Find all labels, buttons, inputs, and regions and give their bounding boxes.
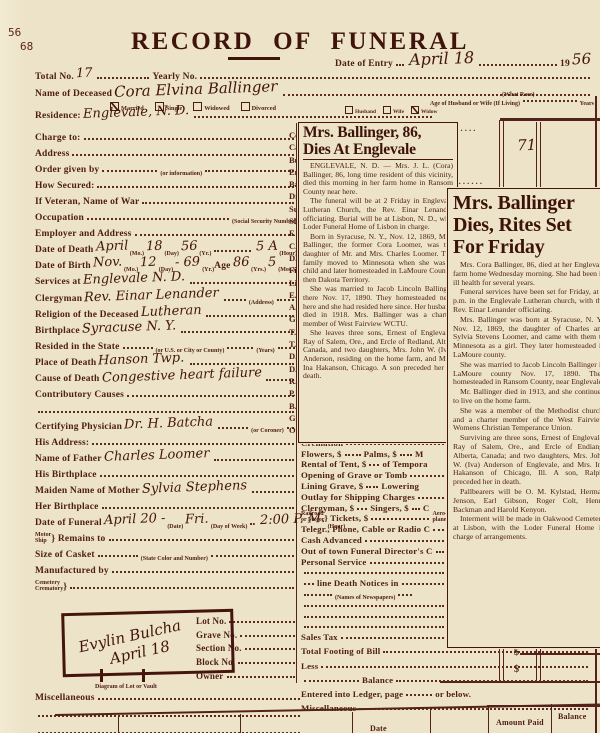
field-label: Place of Death (35, 358, 96, 368)
page-edge-shading (0, 0, 26, 733)
dotted-leader (238, 662, 295, 664)
dotted-leader (102, 507, 294, 509)
dotted-leader (418, 497, 444, 499)
dotted-leader (304, 583, 314, 585)
clipping-paragraph: Interment will be made in Oakwood Cemete… (453, 515, 600, 541)
form-row: If Veteran, Name of War (35, 191, 297, 207)
dotted-leader (70, 587, 294, 589)
form-row: Lining Grave, $Lowering (301, 480, 447, 491)
form-row: CemeteryCrematory} (35, 576, 297, 592)
form-row: Her Birthplace (35, 496, 297, 512)
field-label: If Veteran, Name of War (35, 197, 139, 207)
field-label: Order given by (35, 165, 99, 175)
field-label: Balance (362, 675, 393, 685)
dotted-leader (370, 562, 445, 564)
dotted-leader (97, 77, 149, 79)
form-row: Age of Husband or Wife (If Living)Years (430, 99, 594, 105)
form-row: Cash Advanced (301, 534, 447, 545)
table-column-line (551, 704, 552, 733)
stacked-label: MotorShip (35, 532, 51, 544)
dotted-leader (224, 299, 246, 301)
field-label: Her Birthplace (35, 502, 99, 512)
dotted-leader (304, 680, 359, 682)
left-form-fields: Charge to:AddressOrder given by(or infor… (35, 127, 297, 592)
clipping-paragraph: ENGLEVALE, N. D. — Mrs. J. L. (Cora) Bal… (303, 162, 453, 196)
form-row: MotorShip} Remains to (35, 528, 297, 544)
clipping-paragraph: Born in Syracuse, N. Y., Nov. 12, 1869, … (303, 233, 453, 285)
form-row: Resided in the State(or U.S. or City or … (35, 336, 297, 352)
dotted-leader (227, 347, 253, 349)
field-label: } Tickets, $ (324, 513, 368, 523)
dotted-leader (84, 138, 294, 140)
clipping-paragraph: Mr. Ballinger died in 1913, and she cont… (453, 388, 600, 406)
handwritten-value: 12 (138, 255, 159, 271)
table-column-line (352, 712, 353, 733)
field-label: Less (301, 661, 318, 671)
dotted-leader (205, 170, 294, 172)
dotted-leader (365, 540, 444, 542)
field-label: Date of Funeral (35, 518, 102, 528)
page-title: RECORD OF FUNERAL (0, 28, 600, 56)
dotted-leader (38, 715, 300, 717)
field-label: Address (35, 149, 69, 159)
dotted-leader (396, 64, 404, 66)
dotted-leader (304, 572, 444, 574)
field-label: His Address: (35, 438, 89, 448)
handwritten-value: 5 A (253, 239, 279, 255)
clipping1-headline-line1: Mrs. Ballinger, 86, (303, 125, 453, 142)
form-row: line Death Notices in (301, 577, 447, 588)
dotted-leader (396, 680, 588, 682)
handwritten-amount: 71 (515, 116, 600, 155)
dotted-leader (406, 694, 432, 696)
field-label: Lining Grave, $ (301, 481, 363, 491)
form-row (35, 400, 297, 416)
clipping2-headline: Mrs. Ballinger Dies, Rites Set For Frida… (453, 192, 600, 258)
field-label: Residence: (35, 111, 81, 121)
clipping-paragraph: Pallbearers will be O. M. Kylstad, Herma… (453, 488, 600, 514)
handwritten-value: April (93, 239, 130, 255)
handwritten-value: Syracuse N. Y. (80, 318, 179, 336)
dotted-leader (523, 100, 577, 102)
dotted-leader (433, 529, 444, 531)
field-label: Personal Service (301, 557, 367, 567)
form-row: Miscellaneous (35, 686, 303, 703)
dollar-sign: $ (514, 647, 519, 658)
diagram-handwriting: Evylin Bulcha April 18 (77, 606, 233, 674)
table-header-balance: Balance (558, 712, 587, 721)
obituary-clipping-2: Mrs. Ballinger Dies, Rites Set For Frida… (447, 188, 600, 648)
dotted-leader (357, 508, 367, 510)
handwritten-value: 86 (230, 255, 251, 271)
form-row: Contributory Causes (35, 384, 297, 400)
dotted-leader (383, 651, 588, 653)
handwritten-value: Fri. (183, 512, 211, 528)
table-column-line (430, 710, 431, 733)
form-row: Services atEnglevale N. D. (35, 271, 297, 287)
field-label: Birthplace (35, 326, 80, 336)
form-row: ClergymanRev. Einar Lenander(Address) (35, 287, 297, 303)
dotted-leader (181, 331, 294, 333)
clipping-paragraph: She leaves three sons, Ernest of Engleva… (303, 329, 453, 381)
dotted-leader (127, 395, 294, 397)
dotted-leader (304, 616, 444, 618)
field-label: or below. (435, 689, 471, 699)
heavy-rule (500, 118, 600, 121)
clipping-paragraph: Mrs. Cora Ballinger, 86, died at her Eng… (453, 261, 600, 287)
dotted-leader (410, 475, 444, 477)
handwritten-value: 18 (144, 239, 165, 255)
field-label: Telegr., Phone, Cable or Radio C (301, 524, 430, 534)
field-label: Lowering (381, 481, 419, 491)
dotted-leader (100, 475, 294, 477)
dotted-leader (321, 666, 588, 668)
table-header-date: Date (370, 724, 387, 733)
sub-label: Age of Husband or Wife (If Living) (430, 101, 520, 107)
field-label: Maiden Name of Mother (35, 486, 140, 496)
dotted-leader (283, 94, 590, 96)
form-row: Outlay for Shipping Charges (301, 491, 447, 502)
field-label: Palms, $ (364, 449, 397, 459)
form-row: Name of FatherCharles Loomer (35, 448, 297, 464)
field-label: } (63, 582, 67, 592)
field-label: Contributory Causes (35, 390, 124, 400)
obituary-clipping-1: Mrs. Ballinger, 86, Dies At Englevale EN… (298, 122, 458, 443)
dotted-leader (102, 170, 157, 172)
funeral-record-scan: { "page": { "corner_no_1": "56", "corner… (0, 0, 600, 733)
handwritten-value: Nov. (91, 255, 125, 271)
dotted-leader (240, 635, 295, 637)
dotted-leader (97, 186, 294, 188)
form-row: Residence:Englevale, N. D. (35, 106, 435, 121)
field-label: Entered into Ledger, page (301, 689, 403, 699)
form-row: Out of town Funeral Director's C (301, 545, 447, 556)
form-row: (Names of Newspapers) (301, 588, 447, 599)
handwritten-value: Charles Loomer (101, 446, 211, 465)
form-row: Certifying PhysicianDr. H. Batcha(or Cor… (35, 416, 297, 432)
dotted-leader (245, 648, 295, 650)
dotted-leader (194, 116, 432, 118)
field-label: of Tempora (382, 459, 427, 469)
form-row: Religion of the DeceasedLutheran (35, 304, 297, 320)
dotted-leader (135, 234, 294, 236)
handwritten-value: 5 (266, 255, 279, 270)
dotted-leader (398, 594, 412, 596)
field-label: Size of Casket (35, 550, 95, 560)
residence-row: Residence:Englevale, N. D. (35, 106, 435, 121)
handwritten-value: Englevale, N. D. (81, 103, 192, 122)
dotted-leader (190, 363, 294, 365)
form-row: Manufactured by (35, 560, 297, 576)
sub-label: (or Coroner) (251, 428, 284, 434)
form-row: Cause of DeathCongestive heart failure (35, 368, 297, 384)
dotted-leader (38, 411, 294, 413)
field-label: Miscellaneous (35, 693, 95, 703)
field-label: Certifying Physician (35, 422, 122, 432)
sub-label: (Years) (256, 348, 274, 354)
sub-label: (Date) (167, 524, 183, 530)
dotted-leader (206, 315, 294, 317)
handwritten-value: Hanson Twp. (96, 350, 187, 368)
dotted-leader (366, 486, 378, 488)
field-label: Name of Father (35, 454, 102, 464)
field-label: Religion of the Deceased (35, 310, 139, 320)
charges-fields: CremationFlowers, $Palms, $MRental of Te… (301, 437, 447, 631)
field-label: Age (214, 261, 230, 271)
clipping2-body: Mrs. Cora Ballinger, 86, died at her Eng… (453, 261, 600, 542)
form-row: Maiden Name of MotherSylvia Stephens (35, 480, 297, 496)
dotted-leader (109, 539, 295, 541)
dotted-leader (479, 64, 557, 66)
dotted-leader (369, 464, 379, 466)
handwritten-value: 17 (74, 66, 95, 82)
dotted-leader (400, 454, 412, 456)
diagram-notch (142, 669, 145, 682)
form-row: Charge to: (35, 127, 297, 143)
clipping-paragraph: The funeral will be at 2 Friday in Engle… (303, 197, 453, 231)
sub-label: Years (580, 101, 594, 107)
table-header-amount-paid: Amount Paid (496, 718, 544, 727)
field-label: Date of Birth (35, 261, 91, 271)
form-row: Size of Casket(State Color and Number) (35, 544, 297, 560)
form-row: Opening of Grave or Tomb (301, 469, 447, 480)
field-label: Outlay for Shipping Charges (301, 492, 415, 502)
form-row: Balance (301, 671, 591, 685)
dollar-sign: $ (514, 664, 519, 675)
clipping1-headline: Mrs. Ballinger, 86, Dies At Englevale (303, 125, 453, 160)
form-row: Total No.17Yearly No. (35, 67, 593, 82)
stacked-label: CemeteryCrematory (35, 580, 63, 592)
clipping-paragraph: She was married to Jacob Lincoln Balling… (453, 361, 600, 387)
field-label: Occupation (35, 213, 84, 223)
form-row: Personal Service (301, 556, 447, 567)
sub-label: (Yrs.) (251, 267, 266, 273)
table-column-line (488, 706, 489, 733)
field-label: Cause of Death (35, 374, 100, 384)
dotted-leader (227, 676, 296, 678)
field-label: Resided in the State (35, 342, 120, 352)
dotted-leader (346, 443, 444, 445)
form-row (35, 720, 303, 733)
clipping-paragraph: She was married to Jacob Lincoln Balling… (303, 285, 453, 328)
dotted-leader (98, 698, 300, 700)
total-no-row: Total No.17Yearly No. (35, 67, 593, 82)
dotted-leader (371, 518, 429, 520)
clipping-paragraph: She was a member of the Methodist church… (453, 407, 600, 433)
dotted-leader (190, 282, 294, 284)
sub-label: (Day of Week) (211, 524, 248, 530)
stacked-label: Railroador Motor (301, 511, 324, 523)
form-row: Occupation(Social Security Number) (35, 207, 297, 223)
field-label: Name of Deceased (35, 89, 112, 99)
form-row: His Address: (35, 432, 297, 448)
field-label: Out of town Funeral Director's C (301, 546, 433, 556)
what-race-note: (What Race) (502, 92, 535, 98)
dotted-leader (112, 571, 294, 573)
field-label: Total Footing of Bill (301, 646, 380, 656)
form-row: Employer and Address (35, 223, 297, 239)
handwritten-value: Congestive heart failure (99, 365, 263, 386)
form-row: Flowers, $Palms, $M (301, 448, 447, 459)
dotted-leader (142, 202, 294, 204)
dotted-leader (72, 154, 294, 156)
field-label: Opening of Grave or Tomb (301, 470, 407, 480)
form-row: Date of DeathApril(Mo.)18(Day)56(Yr.)5 A… (35, 239, 297, 255)
sub-label: (State Color and Number) (141, 556, 208, 562)
dotted-leader (214, 250, 250, 252)
form-row: Entered into Ledger, pageor below. (301, 685, 591, 699)
field-label: Charge to: (35, 133, 81, 143)
form-row: Rental of Tent, $of Tempora (301, 459, 447, 470)
field-label: Cash Advanced (301, 535, 362, 545)
form-row: How Secured: (35, 175, 297, 191)
form-row: Address (35, 143, 297, 159)
dotted-leader (250, 523, 255, 525)
field-label: Singers, $ (370, 503, 409, 513)
dotted-leader (412, 508, 420, 510)
clipping1-body: ENGLEVALE, N. D. — Mrs. J. L. (Cora) Bal… (303, 162, 453, 381)
field-label: Date of Death (35, 245, 94, 255)
dotted-leader (252, 491, 294, 493)
sub-label: (Social Security Number) (232, 219, 297, 225)
clipping2-headline-line1: Mrs. Ballinger (453, 192, 600, 214)
clipping2-headline-line3: For Friday (453, 236, 600, 258)
dotted-leader (87, 218, 229, 220)
sub-label: (Yr.) (202, 267, 214, 273)
title-underline (228, 57, 280, 60)
handwritten-value: 56 (179, 239, 200, 255)
form-row (301, 610, 447, 621)
clipping-paragraph: Surviving are three sons, Ernest of Engl… (453, 434, 600, 487)
dotted-leader (304, 594, 332, 596)
table-header-line (487, 705, 600, 707)
form-row: BirthplaceSyracuse N. Y. (35, 320, 297, 336)
dotted-leader (229, 621, 295, 623)
handwritten-value: April 20 - (102, 511, 168, 528)
dotted-leader (345, 454, 361, 456)
form-row: Railroador Motor} Tickets, $Aero-plane (301, 513, 447, 524)
form-row: Telegr., Phone, Cable or Radio C (301, 523, 447, 534)
field-label: Services at (35, 277, 81, 287)
age-of-spouse-row: Age of Husband or Wife (If Living)Years (430, 99, 594, 105)
form-row: Date of FuneralApril 20 -(Date)Fri.(Day … (35, 512, 297, 528)
field-label: His Birthplace (35, 470, 97, 480)
clipping-paragraph: Mrs. Ballinger was born at Syracuse, N. … (453, 316, 600, 360)
dotted-leader (211, 555, 294, 557)
diagram-notch (100, 669, 103, 682)
table-column-line (240, 714, 241, 733)
field-label: Sales Tax (301, 632, 338, 642)
field-label: Rental of Tent, $ (301, 459, 366, 469)
form-row: Order given by(or information) (35, 159, 297, 175)
clipping-paragraph: Funeral services have been set for Frida… (453, 288, 600, 314)
field-label: Flowers, $ (301, 449, 342, 459)
field-label: Manufactured by (35, 566, 109, 576)
field-label: line Death Notices in (317, 578, 399, 588)
handwritten-value: Lutheran (139, 302, 204, 319)
field-label: How Secured: (35, 181, 94, 191)
table-column-line (118, 716, 119, 733)
field-label: C (423, 503, 430, 513)
sub-label: (Address) (249, 300, 274, 306)
handwritten-value: Dr. H. Batcha (122, 414, 215, 432)
field-label: M (415, 449, 424, 459)
handwritten-value: Englevale N. D. (81, 270, 187, 289)
lot-diagram-box: Evylin Bulcha April 18 (61, 609, 235, 677)
dotted-leader (304, 605, 444, 607)
sub-label: (Names of Newspapers) (335, 595, 395, 601)
clipping1-headline-line2: Dies At Englevale (303, 142, 453, 159)
handwritten-value: Sylvia Stephens (139, 478, 249, 497)
dotted-leader (98, 555, 138, 557)
sub-label: (or information) (160, 171, 202, 177)
form-row: His Birthplace (35, 464, 297, 480)
dotted-leader (218, 427, 248, 429)
form-row (301, 567, 447, 578)
dotted-leader (92, 443, 294, 445)
stacked-label: Aero-plane (432, 511, 447, 523)
dotted-leader (436, 551, 444, 553)
field-label: Clergyman (35, 294, 82, 304)
clipping2-headline-line2: Dies, Rites Set (453, 214, 600, 236)
dotted-leader (402, 583, 444, 585)
form-row: Less (301, 656, 591, 670)
dotted-leader (214, 459, 294, 461)
field-label: } Remains to (51, 534, 105, 544)
dotted-leader (123, 347, 153, 349)
